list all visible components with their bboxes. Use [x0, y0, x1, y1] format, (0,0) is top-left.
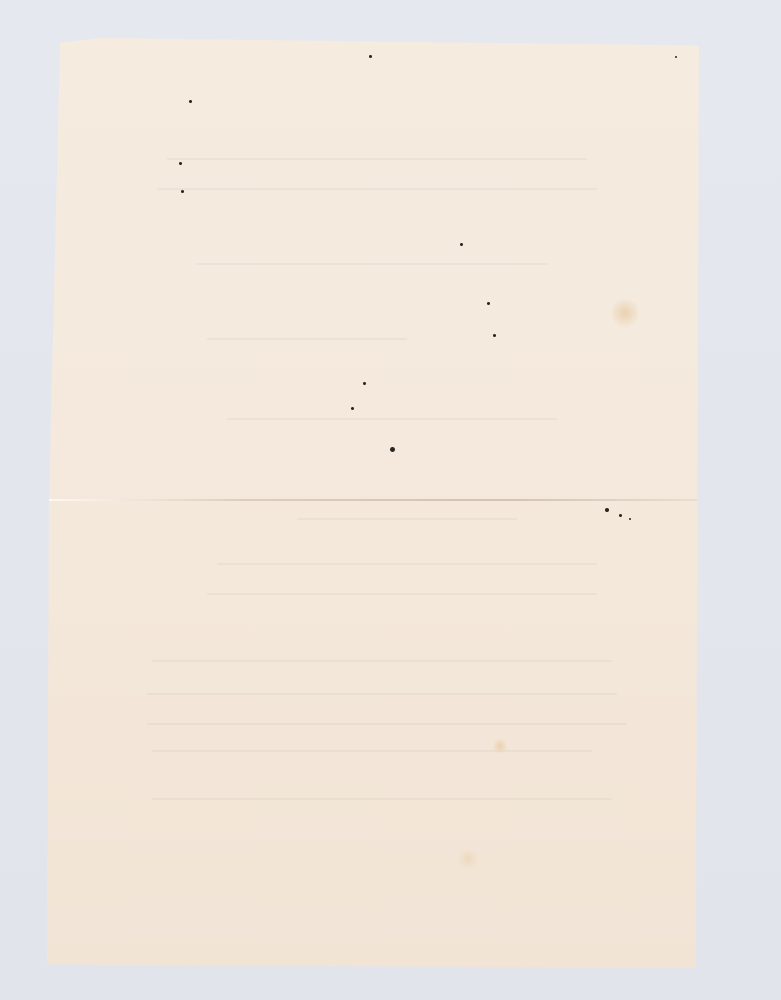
paper-sheet: [47, 38, 699, 968]
show-through-line: [207, 593, 597, 595]
ink-speck: [179, 162, 182, 165]
foxing-stain: [492, 738, 508, 754]
fold-crease: [47, 499, 699, 501]
show-through-line: [297, 518, 517, 520]
ink-speck: [363, 382, 366, 385]
show-through-line: [217, 563, 597, 565]
show-through-line: [152, 750, 592, 752]
ink-speck: [351, 407, 354, 410]
show-through-line: [227, 418, 557, 420]
ink-speck: [619, 514, 622, 517]
ink-speck: [390, 447, 395, 452]
show-through-line: [167, 158, 587, 160]
ink-speck: [189, 100, 192, 103]
ink-speck: [605, 508, 609, 512]
ink-speck: [369, 55, 372, 58]
foxing-stain: [612, 296, 638, 330]
show-through-line: [152, 660, 612, 662]
ink-speck: [487, 302, 490, 305]
ink-speck: [493, 334, 496, 337]
ink-speck: [181, 190, 184, 193]
show-through-line: [207, 338, 407, 340]
ink-speck: [460, 243, 463, 246]
show-through-line: [152, 798, 612, 800]
ink-speck: [629, 518, 631, 520]
foxing-stain: [457, 848, 479, 870]
show-through-line: [147, 723, 627, 725]
ink-speck: [675, 56, 677, 58]
show-through-line: [147, 693, 617, 695]
show-through-line: [157, 188, 597, 190]
show-through-line: [197, 263, 547, 265]
